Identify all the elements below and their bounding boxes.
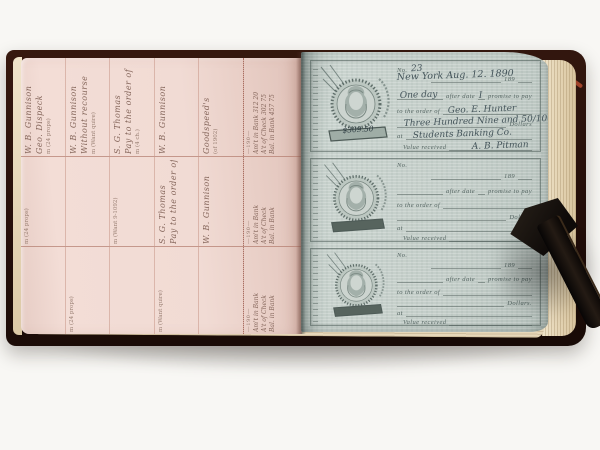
amount-rule [397, 212, 506, 221]
ledger-column: S. G. Thomas Pay to the order of m (4 ch… [110, 58, 155, 156]
portrait-vignette-icon [319, 161, 397, 239]
ledger-column: m (24 props) [66, 247, 111, 334]
ledger-column [199, 247, 244, 334]
check-stub: —190— Am't in Bank A't of Check Bal. in … [243, 157, 302, 246]
at-label: at [397, 225, 403, 232]
date-rule [431, 260, 501, 269]
amount-rule: Three Hundred Nine and 50/100 [397, 119, 506, 128]
ledger-column: m (24 props) [21, 157, 66, 246]
endorsement-script: S. G. Thomas [113, 61, 122, 154]
ledger-column [21, 247, 66, 334]
ledger-column: W. B. Gunnison [155, 58, 200, 156]
ledger-column: W. B. Gunnison [199, 157, 244, 246]
value-received-label: Value received [403, 144, 446, 151]
date-rule [431, 171, 501, 180]
stub-year-label: —190— [246, 159, 252, 244]
promissory-note: No. 189 after date promise to pay to the… [310, 158, 541, 242]
printed-year: 189 [504, 173, 515, 180]
endorsement-script: Goodspeed's [202, 61, 211, 154]
term-line: One day after date I promise to pay [397, 91, 532, 100]
ledger-column: Goodspeed's (of 1902) [199, 58, 244, 156]
amount-line: Dollars [397, 212, 532, 221]
payee-line: to the order of [397, 200, 532, 209]
stub-line: A't of Check [261, 249, 268, 332]
endorsement-script: W. B. Gunnison [158, 61, 167, 154]
endorsement-script: S. G. Thomas [158, 160, 167, 244]
order-label: to the order of [397, 202, 440, 209]
endorsement-script: W. B. Gunnison [69, 61, 78, 154]
endorsement-script: W. B. Gunnison [202, 160, 211, 244]
place-rule: Students Banking Co. [406, 131, 532, 140]
payee-line: to the order of Geo. E. Hunter [397, 106, 532, 115]
stub-line: Am't in Bank 312 20 [253, 60, 260, 154]
endorsement-script: Geo. Dispeck [35, 61, 44, 154]
stub-line: A't of Check 302 75 [261, 60, 268, 154]
promissory-note: $309.50 No. 23 New York Aug. 12. 1890 18… [310, 60, 541, 152]
term-rule: One day [397, 91, 443, 100]
ledger-row: m (24 props) m (Want quire) —190— Am't i… [21, 247, 302, 334]
pronoun-rule [478, 274, 485, 283]
portrait-vignette-icon [319, 63, 397, 149]
endorsement-note: m (24 props) [24, 160, 30, 244]
stub-line: A't of Check [261, 159, 268, 244]
ledger-column: W. B. Gunnison Geo. Dispeck m (24 props) [21, 58, 66, 156]
term-line: after date promise to pay [397, 186, 532, 195]
stub-line: Am't in Bank [253, 159, 260, 244]
payee-rule: Geo. E. Hunter [443, 106, 532, 115]
order-label: to the order of [397, 289, 440, 296]
term-rule [397, 274, 443, 283]
date-line: New York Aug. 12. 1890 189 [431, 74, 532, 83]
stub-year-label: —190— [246, 249, 252, 332]
amount-line: Three Hundred Nine and 50/100 Dollars [397, 119, 532, 128]
ledger-row: W. B. Gunnison Geo. Dispeck m (24 props)… [21, 58, 302, 157]
handwritten-pronoun: I [478, 91, 482, 101]
endorsement-note: m (Want 9-1092) [113, 160, 119, 244]
value-received-label: Value received [403, 235, 446, 242]
handwritten-signature: A. B. Pitman [472, 140, 529, 152]
promise-label: promise to pay [488, 188, 532, 195]
endorsement-script: Without recourse [80, 61, 89, 154]
stub-line: Am't in Bank [253, 249, 260, 332]
ledger-column [110, 247, 155, 334]
ledger-column: W. B. Gunnison Without recourse m (Want … [66, 58, 111, 156]
pronoun-rule [478, 186, 485, 195]
term-rule [397, 186, 443, 195]
ledger-column: S. G. Thomas Pay to the order of [155, 157, 200, 246]
promise-label: promise to pay [488, 93, 532, 100]
stub-line: Bal. in Bank [269, 159, 276, 244]
stub-line: Bal. in Bank 457 75 [269, 60, 276, 154]
at-label: at [397, 133, 403, 140]
ledger-column: m (Want 9-1092) [110, 157, 155, 246]
date-rule: New York Aug. 12. 1890 [431, 74, 501, 83]
endorsement-note: m (4 ch.) [135, 61, 141, 154]
pronoun-rule: I [478, 91, 485, 100]
after-date-label: after date [446, 93, 475, 100]
year-rule [518, 171, 532, 180]
no-label: No. [397, 162, 407, 169]
endorsement-script: Pay to the order of [169, 160, 178, 244]
endorsement-script: Pay to the order of [124, 61, 133, 154]
signature-rule: A. B. Pitman [449, 142, 532, 151]
endorsement-note: m (Want quire) [91, 61, 97, 154]
stub-year-label: —190— [246, 60, 252, 154]
check-stub: —190— Am't in Bank A't of Check Bal. in … [243, 247, 302, 334]
payee-rule [443, 200, 532, 209]
handwritten-payee: Geo. E. Hunter [448, 104, 517, 116]
handwritten-term: One day [399, 90, 437, 101]
note-number-line: No. [397, 252, 407, 259]
ledger-row: m (24 props) m (Want 9-1092) S. G. Thoma… [21, 157, 302, 247]
stub-line: Bal. in Bank [269, 249, 276, 332]
at-label: at [397, 310, 403, 317]
signature-line: Value received A. B. Pitman [397, 142, 532, 151]
ledger-column: m (Want quire) [155, 247, 200, 334]
endorsement-note: m (24 props) [46, 61, 52, 154]
year-rule [518, 74, 532, 83]
check-stub: —190— Am't in Bank 312 20 A't of Check 3… [243, 58, 302, 156]
date-line: 189 [431, 171, 532, 180]
order-label: to the order of [397, 108, 440, 115]
endorsement-note: (of 1902) [213, 61, 219, 154]
amount-rule [397, 298, 504, 307]
photo-backdrop: W. B. Gunnison Geo. Dispeck m (24 props)… [0, 0, 600, 450]
endorsement-script: W. B. Gunnison [24, 61, 33, 154]
no-label: No. [397, 252, 407, 259]
endorsement-note: m (Want quire) [158, 250, 164, 332]
place-line: at Students Banking Co. [397, 131, 532, 140]
portrait-vignette-icon [319, 251, 397, 323]
note-number-line: No. [397, 162, 407, 169]
handwritten-place: Students Banking Co. [413, 128, 512, 141]
endorsement-note: m (24 props) [69, 250, 75, 332]
after-date-label: after date [446, 188, 475, 195]
ledger-column [66, 157, 111, 246]
value-received-label: Value received [403, 319, 446, 326]
after-date-label: after date [446, 276, 475, 283]
left-page: W. B. Gunnison Geo. Dispeck m (24 props)… [21, 58, 302, 334]
place-line: at [397, 223, 532, 232]
